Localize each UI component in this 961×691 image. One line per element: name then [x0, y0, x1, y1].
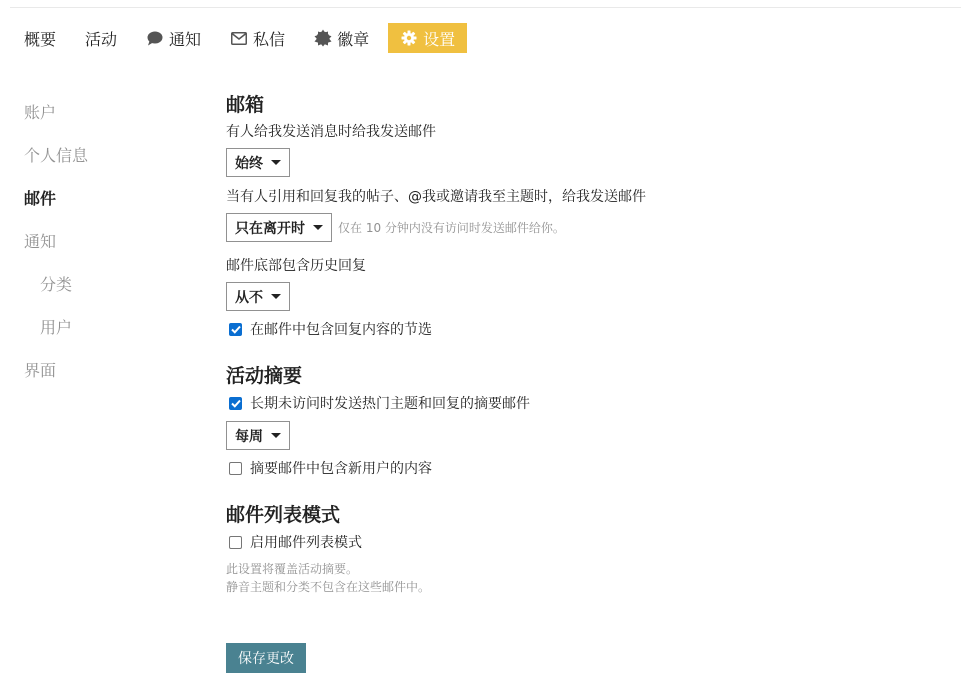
checkbox-checked-icon[interactable] — [229, 323, 242, 336]
sidebar-item-interface[interactable]: 界面 — [24, 348, 184, 391]
section-title-digest: 活动摘要 — [226, 361, 926, 391]
caret-down-icon — [271, 160, 281, 165]
tab-notifications[interactable]: 通知 — [136, 23, 211, 53]
top-divider — [10, 7, 961, 8]
caret-down-icon — [271, 433, 281, 438]
sidebar-item-notifications[interactable]: 通知 — [24, 219, 184, 262]
reply-email-label: 当有人引用和回复我的帖子、@我或邀请我至主题时，给我发送邮件 — [226, 185, 926, 209]
excerpt-checkbox[interactable]: 在邮件中包含回复内容的节选 — [226, 317, 926, 341]
checkbox-label: 摘要邮件中包含新用户的内容 — [250, 458, 432, 478]
tab-preferences[interactable]: 设置 — [388, 23, 467, 53]
digest-enable-checkbox[interactable]: 长期未访问时发送热门主题和回复的摘要邮件 — [226, 391, 926, 415]
select-value: 只在离开时 — [235, 218, 305, 238]
sidebar-item-profile[interactable]: 个人信息 — [24, 133, 184, 176]
sidebar-item-emails[interactable]: 邮件 — [24, 176, 184, 219]
reply-email-select[interactable]: 只在离开时 — [226, 213, 332, 242]
section-title-mailbox: 邮箱 — [226, 90, 926, 120]
select-value: 从不 — [235, 287, 263, 307]
tab-label: 徽章 — [337, 27, 369, 50]
tab-badges[interactable]: 徽章 — [304, 23, 379, 53]
checkbox-unchecked-icon[interactable] — [229, 462, 242, 475]
sidebar-item-categories[interactable]: 分类 — [24, 262, 184, 305]
sidebar-item-account[interactable]: 账户 — [24, 90, 184, 133]
gear-icon — [400, 29, 418, 47]
tab-label: 私信 — [253, 27, 285, 50]
certificate-icon — [314, 29, 332, 47]
pm-email-label: 有人给我发送消息时给我发送邮件 — [226, 120, 926, 144]
tab-label: 设置 — [423, 27, 455, 50]
reply-email-hint: 仅在 10 分钟内没有访问时发送邮件给你。 — [338, 219, 565, 236]
comment-icon — [146, 29, 164, 47]
select-value: 每周 — [235, 426, 263, 446]
caret-down-icon — [313, 225, 323, 230]
caret-down-icon — [271, 294, 281, 299]
mailing-list-note-1: 此设置将覆盖活动摘要。 — [226, 560, 926, 578]
checkbox-label: 在邮件中包含回复内容的节选 — [250, 319, 432, 339]
digest-frequency-select[interactable]: 每周 — [226, 421, 290, 450]
save-changes-button[interactable]: 保存更改 — [226, 643, 306, 673]
section-title-mailing-list: 邮件列表模式 — [226, 500, 926, 530]
digest-new-users-checkbox[interactable]: 摘要邮件中包含新用户的内容 — [226, 456, 926, 480]
history-select[interactable]: 从不 — [226, 282, 290, 311]
select-value: 始终 — [235, 153, 263, 173]
tab-label: 活动 — [85, 27, 117, 50]
user-nav-tabs: 概要 活动 通知 私信 徽章 设置 — [14, 23, 476, 53]
checkbox-unchecked-icon[interactable] — [229, 536, 242, 549]
tab-activity[interactable]: 活动 — [75, 23, 127, 53]
envelope-icon — [230, 29, 248, 47]
checkbox-label: 启用邮件列表模式 — [250, 532, 362, 552]
pm-email-select[interactable]: 始终 — [226, 148, 290, 177]
tab-messages[interactable]: 私信 — [220, 23, 295, 53]
sidebar-item-users[interactable]: 用户 — [24, 305, 184, 348]
email-preferences-panel: 邮箱 有人给我发送消息时给我发送邮件 始终 当有人引用和回复我的帖子、@我或邀请… — [226, 90, 926, 596]
preferences-sidebar: 账户 个人信息 邮件 通知 分类 用户 界面 — [24, 90, 184, 391]
tab-label: 通知 — [169, 27, 201, 50]
mailing-list-checkbox[interactable]: 启用邮件列表模式 — [226, 530, 926, 554]
checkbox-label: 长期未访问时发送热门主题和回复的摘要邮件 — [250, 393, 530, 413]
checkbox-checked-icon[interactable] — [229, 397, 242, 410]
history-label: 邮件底部包含历史回复 — [226, 254, 926, 278]
tab-label: 概要 — [24, 27, 56, 50]
mailing-list-note-2: 静音主题和分类不包含在这些邮件中。 — [226, 578, 926, 596]
tab-summary[interactable]: 概要 — [14, 23, 66, 53]
